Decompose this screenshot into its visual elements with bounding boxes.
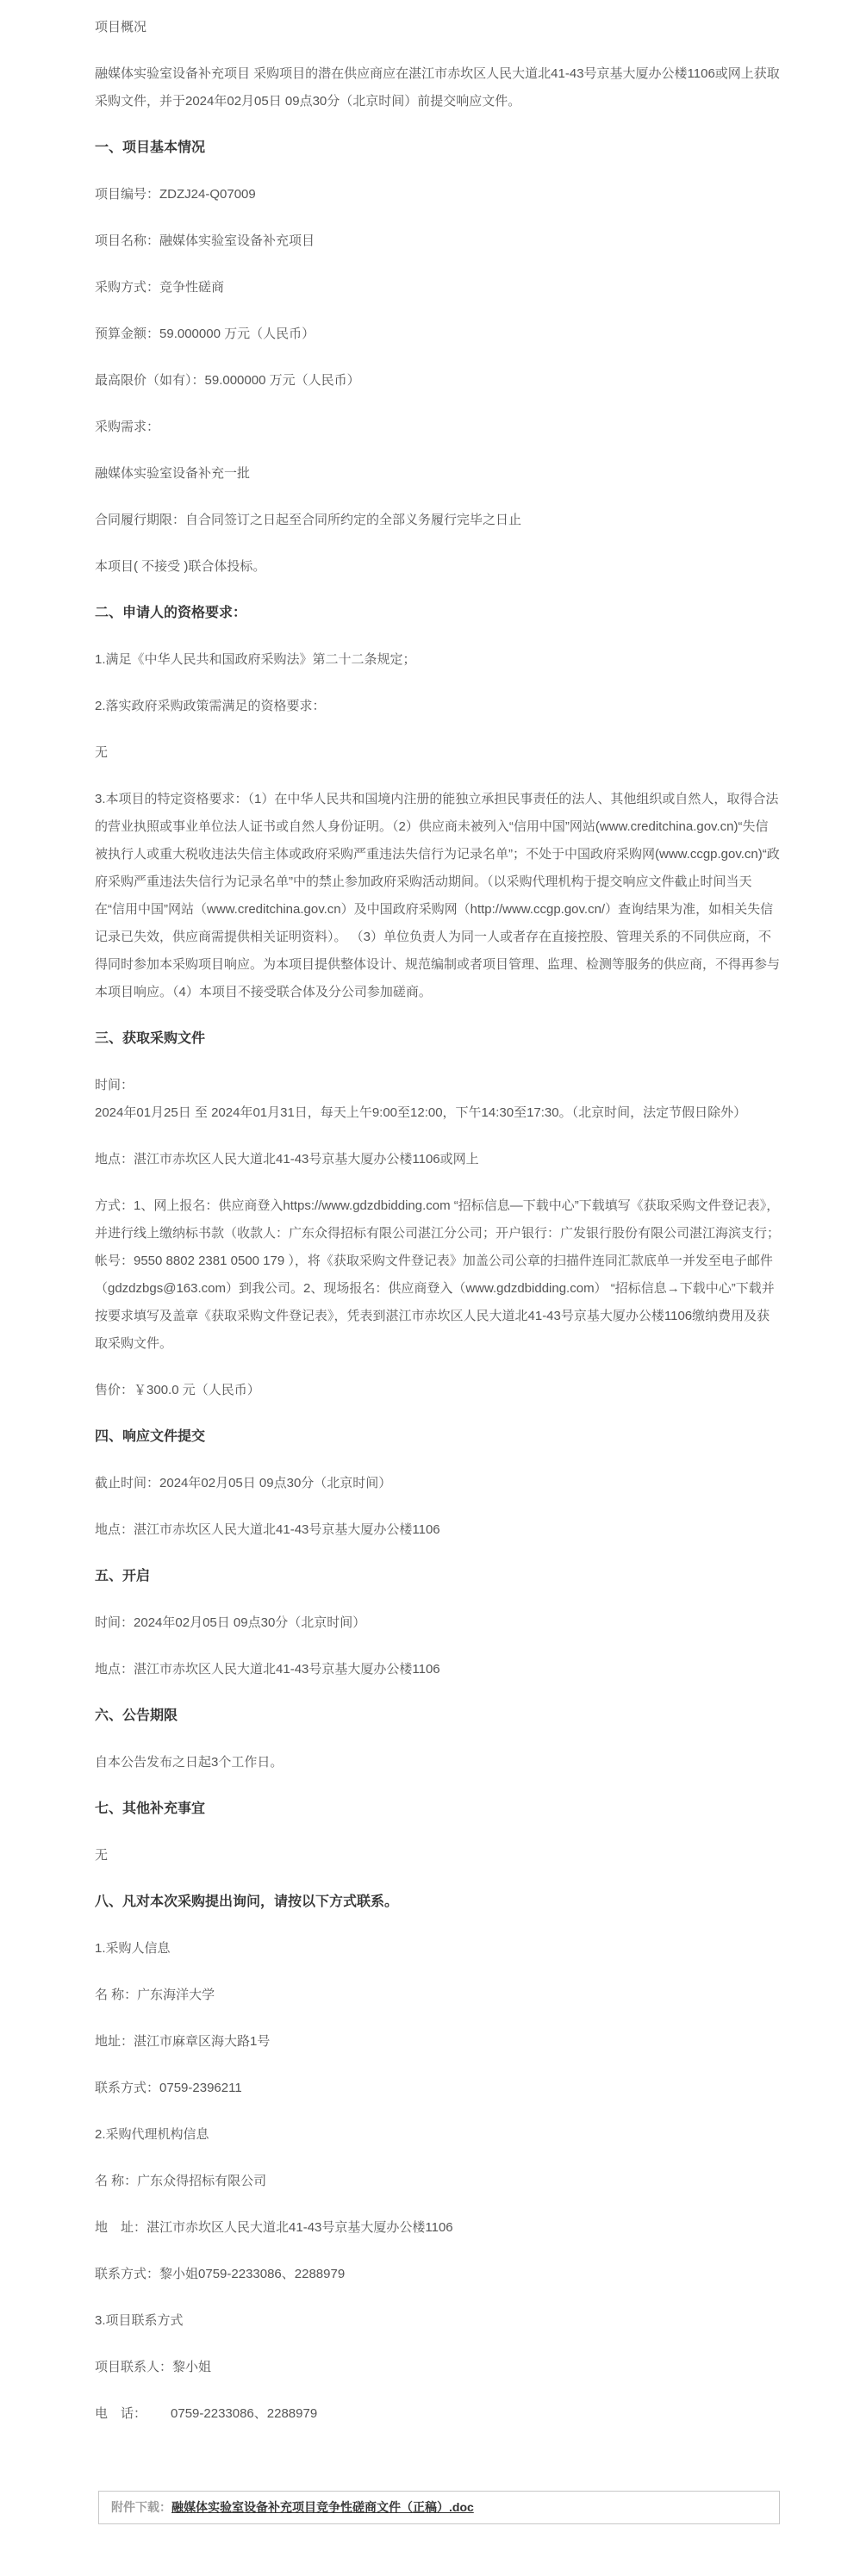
purchaser-title: 1.采购人信息 [95,1935,781,1963]
announcement-content: 项目概况 融媒体实验室设备补充项目 采购项目的潜在供应商应在湛江市赤坎区人民大道… [95,0,781,2524]
field-value: 59.000000 万元（人民币） [159,327,315,341]
agency-address: 地 址：湛江市赤坎区人民大道北41-43号京基大厦办公楼1106 [95,2214,781,2242]
project-contact-person: 项目联系人：黎小姐 [95,2354,781,2381]
field-label: 地点： [95,1662,134,1677]
field-label: 预算金额： [95,327,159,341]
budget-amount: 预算金额：59.000000 万元（人民币） [95,320,781,348]
attachment-box: 附件下载：融媒体实验室设备补充项目竞争性磋商文件（正稿）.doc [98,2491,780,2524]
agency-name: 名 称：广东众得招标有限公司 [95,2168,781,2195]
purchaser-name: 名 称：广东海洋大学 [95,1982,781,2009]
field-label: 售价： [95,1383,134,1397]
section-heading-qualifications: 二、申请人的资格要求： [95,600,781,627]
other-text: 无 [95,1842,781,1870]
field-label: 最高限价（如有）： [95,373,205,388]
field-value: 自合同签订之日起至合同所约定的全部义务履行完毕之日止 [185,513,521,527]
requirement-value: 融媒体实验室设备补充一批 [95,460,781,488]
notice-period-text: 自本公告发布之日起3个工作日。 [95,1749,781,1776]
field-value: ￥300.0 元（人民币） [134,1383,260,1397]
agency-phone: 联系方式：黎小姐0759-2233086、2288979 [95,2261,781,2288]
section-heading-other: 七、其他补充事宜 [95,1795,781,1823]
field-value: 0759-2396211 [159,2081,242,2095]
field-label: 时间： [95,1615,134,1630]
field-value: 2024年01月25日 至 2024年01月31日，每天上午9:00至12:00… [95,1105,746,1120]
obtain-method: 方式：1、网上报名：供应商登入https://www.gdzdbidding.c… [95,1192,781,1358]
project-contact-title: 3.项目联系方式 [95,2307,781,2335]
overview-summary: 融媒体实验室设备补充项目 采购项目的潜在供应商应在湛江市赤坎区人民大道北41-4… [95,60,781,115]
qualification-item: 2.落实政府采购政策需满足的资格要求： [95,693,781,720]
field-label: 地 址： [95,2220,146,2235]
field-label: 方式： [95,1198,134,1213]
field-value: 2024年02月05日 09点30分（北京时间） [134,1615,365,1630]
project-contact-phone: 电 话：0759-2233086、2288979 [95,2400,781,2428]
purchaser-address: 地址：湛江市麻章区海大路1号 [95,2028,781,2056]
field-label: 地点： [95,1522,134,1537]
field-value: 湛江市赤坎区人民大道北41-43号京基大厦办公楼1106 [134,1522,440,1537]
field-label: 联系方式： [95,2267,159,2281]
consortium-note: 本项目( 不接受 )联合体投标。 [95,553,781,581]
field-value: 湛江市赤坎区人民大道北41-43号京基大厦办公楼1106 [146,2220,453,2235]
field-value: 湛江市赤坎区人民大道北41-43号京基大厦办公楼1106 [134,1662,440,1677]
submission-place: 地点：湛江市赤坎区人民大道北41-43号京基大厦办公楼1106 [95,1516,781,1544]
field-label: 项目编号： [95,187,159,202]
field-value: 0759-2233086、2288979 [171,2400,317,2428]
section-heading-obtain-docs: 三、获取采购文件 [95,1025,781,1053]
procurement-method: 采购方式：竞争性磋商 [95,274,781,302]
field-label: 截止时间： [95,1476,159,1490]
qualification-item: 3.本项目的特定资格要求：（1）在中华人民共和国境内注册的能独立承担民事责任的法… [95,786,781,1006]
field-value: 1、网上报名：供应商登入https://www.gdzdbidding.com … [95,1198,780,1351]
field-label: 采购方式： [95,280,159,295]
qualification-item: 1.满足《中华人民共和国政府采购法》第二十二条规定； [95,646,781,674]
field-label: 地点： [95,1152,134,1167]
section-heading-notice-period: 六、公告期限 [95,1702,781,1730]
obtain-place: 地点：湛江市赤坎区人民大道北41-43号京基大厦办公楼1106或网上 [95,1146,781,1173]
section-heading-basic-info: 一、项目基本情况 [95,134,781,162]
field-value: 黎小姐0759-2233086、2288979 [159,2267,345,2281]
field-value: 湛江市麻章区海大路1号 [134,2034,270,2049]
purchaser-phone: 联系方式：0759-2396211 [95,2075,781,2102]
field-label: 地址： [95,2034,134,2049]
field-value: 广东海洋大学 [137,1988,215,2002]
field-label: 电 话： [95,2406,146,2421]
requirement-label: 采购需求： [95,414,781,441]
opening-place: 地点：湛江市赤坎区人民大道北41-43号京基大厦办公楼1106 [95,1656,781,1683]
attachment-label: 附件下载： [111,2500,171,2514]
field-label: 项目名称： [95,233,159,248]
field-value: 融媒体实验室设备补充项目 [159,233,315,248]
field-value: 黎小姐 [172,2360,211,2374]
submission-deadline: 截止时间：2024年02月05日 09点30分（北京时间） [95,1470,781,1497]
contract-period: 合同履行期限：自合同签订之日起至合同所约定的全部义务履行完毕之日止 [95,507,781,534]
field-label: 联系方式： [95,2081,159,2095]
field-label: 时间： [95,1078,134,1092]
opening-time: 时间：2024年02月05日 09点30分（北京时间） [95,1609,781,1637]
field-value: 湛江市赤坎区人民大道北41-43号京基大厦办公楼1106或网上 [134,1152,479,1167]
attachment-download-link[interactable]: 融媒体实验室设备补充项目竞争性磋商文件（正稿）.doc [171,2500,474,2514]
field-value: 59.000000 万元（人民币） [205,373,360,388]
project-number: 项目编号：ZDZJ24-Q07009 [95,181,781,208]
section-heading-submission: 四、响应文件提交 [95,1423,781,1451]
obtain-time: 时间：2024年01月25日 至 2024年01月31日，每天上午9:00至12… [95,1072,781,1127]
field-label: 合同履行期限： [95,513,185,527]
document-price: 售价：￥300.0 元（人民币） [95,1377,781,1404]
overview-title: 项目概况 [95,14,781,41]
field-value: 2024年02月05日 09点30分（北京时间） [159,1476,391,1490]
max-price: 最高限价（如有）：59.000000 万元（人民币） [95,367,781,395]
section-heading-opening: 五、开启 [95,1563,781,1590]
section-heading-contact: 八、凡对本次采购提出询问，请按以下方式联系。 [95,1888,781,1916]
field-label: 名 称： [95,2174,137,2188]
field-value: ZDZJ24-Q07009 [159,187,256,202]
agency-title: 2.采购代理机构信息 [95,2121,781,2149]
field-value: 竞争性磋商 [159,280,224,295]
project-name: 项目名称：融媒体实验室设备补充项目 [95,227,781,255]
field-value: 广东众得招标有限公司 [137,2174,266,2188]
field-label: 名 称： [95,1988,137,2002]
qualification-item: 无 [95,739,781,767]
field-label: 项目联系人： [95,2360,172,2374]
